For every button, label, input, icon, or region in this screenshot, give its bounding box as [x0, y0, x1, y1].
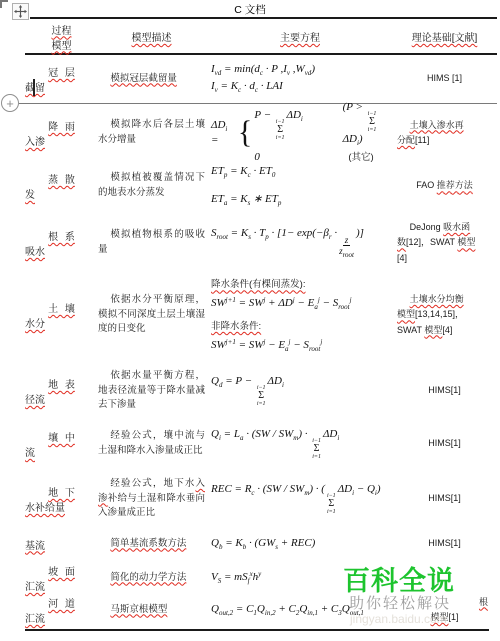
table-bottom-border [25, 629, 489, 631]
equation-cell: ETp = Kc · ET0 ETa = Ks ∗ ETp [205, 158, 395, 214]
description-cell: 模拟冠层截留量 [98, 57, 205, 101]
row-surface-runoff: 地 表 径流 依据水量平衡方程，地表径流量等于降水量减去下渗量 Qd = P −… [0, 366, 500, 416]
header-bottom-border [25, 53, 497, 55]
insert-row-button[interactable]: + [1, 94, 19, 112]
reference-cell: 土壤入渗水再 分配[11] [395, 110, 494, 156]
description-cell: 模拟降水后各层土壤水分增量 [98, 110, 205, 156]
equation: REC = Rc · (SW / SWm) · (i−1Σi=1ΔDi − Qi… [211, 483, 395, 515]
process-name-cell: 根 系 吸水 [25, 216, 98, 270]
equation-cell: ΔDi = { P − i−1Σi=1ΔDi(P > i−1Σi=1ΔDi) 0… [205, 110, 395, 156]
reference-cell: HIMS [1] [395, 57, 494, 101]
fraction: zzroot [339, 235, 354, 259]
condition-text: 非降水条件: [211, 318, 395, 332]
equation-cell: Qi = La · (SW / SWm) · i−1Σi=1ΔDi [205, 418, 395, 470]
process-name-cell: 坡 面 汇流 [25, 561, 98, 595]
description-cell: 经验公式，地下水入渗补给与土湿和降水垂向入渗量成正比 [98, 472, 205, 526]
reference-cell: FAO 推荐方法 [395, 158, 494, 214]
process-name-cell: 地 下 水补给量 [25, 472, 98, 526]
row-interflow: 壤 中 流 经验公式，壤中流与土湿和降水入渗量成正比 Qi = La · (SW… [0, 418, 500, 470]
row-soil-moisture: 土 壤 水分 依据水分平衡原理，模拟不同深度土层土壤湿度的日变化 降水条件(有棵… [0, 266, 500, 364]
reference-cell: HIMS[1] [395, 472, 494, 526]
reference-cell: HIMS[1] [395, 418, 494, 470]
equation-cell: 降水条件(有棵间蒸发): SWj+1 = SWj + ΔDj − Eaj − S… [205, 266, 395, 364]
description-cell: 马斯京根模型 [98, 592, 205, 628]
description-cell: 依据水量平衡方程，地表径流量等于降水量减去下渗量 [98, 366, 205, 416]
page-title: C 文档 [0, 2, 500, 17]
description-cell: 模拟植被覆盖情况下的地表水分蒸发 [98, 158, 205, 214]
row-canopy-interception: 冠 层 截留 模拟冠层截留量 Ivd = min(dc · P ,Iv ,Wvd… [0, 57, 500, 101]
header-main-equations: 主要方程 [205, 20, 395, 53]
process-name-cell: 土 壤 水分 [25, 266, 98, 364]
process-name-cell: 壤 中 流 [25, 418, 98, 470]
equation: Qb = Kb · (GWs + REC) [211, 537, 395, 552]
equation-cell: REC = Rc · (SW / SWm) · (i−1Σi=1ΔDi − Qi… [205, 472, 395, 526]
equation-cell: Sroot = Ks · Tp · [1− exp(−βr ·zzroot)] [205, 216, 395, 270]
piecewise-equation: ΔDi = { P − i−1Σi=1ΔDi(P > i−1Σi=1ΔDi) 0… [211, 101, 395, 165]
equation: SWj+1 = SWj + ΔDj − Eaj − Srootj [211, 296, 395, 312]
equation: SWj+1 = SWj − Eaj − Srootj [211, 338, 395, 354]
equation: Qi = La · (SW / SWm) · i−1Σi=1ΔDi [211, 428, 395, 460]
row-rain-infiltration: 降 雨 入渗 模拟降水后各层土壤水分增量 ΔDi = { P − i−1Σi=1… [0, 110, 500, 156]
process-name-cell: 基流 [25, 528, 98, 560]
equation-cell: Qb = Kb · (GWs + REC) [205, 528, 395, 560]
equation: Sroot = Ks · Tp · [1− exp(−βr ·zzroot)] [211, 227, 395, 259]
description-cell: 简单基流系数方法 [98, 528, 205, 560]
process-name-cell: 蒸 散 发 [25, 158, 98, 214]
reference-cell: 土壤水分均衡 模型[13,14,15]， SWAT 模型[4] [395, 266, 494, 364]
equation: Iv = Kc · dc · LAI [211, 80, 395, 95]
brace: { [238, 117, 252, 149]
table-header-row: 过程 模型 模型描述 主要方程 理论基础[文献] [0, 20, 500, 53]
description-cell: 简化的动力学方法 [98, 561, 205, 595]
process-name-cell: 降 雨 入渗 [25, 110, 98, 156]
row-baseflow: 基流 简单基流系数方法 Qb = Kb · (GWs + REC) HIMS[1… [0, 528, 500, 560]
description-cell: 模拟植物根系的吸收量 [98, 216, 205, 270]
row-groundwater-recharge: 地 下 水补给量 经验公式，地下水入渗补给与土湿和降水垂向入渗量成正比 REC … [0, 472, 500, 526]
description-cell: 经验公式，壤中流与土湿和降水入渗量成正比 [98, 418, 205, 470]
equation: ETp = Kc · ET0 [211, 165, 395, 180]
row-root-water-uptake: 根 系 吸水 模拟植物根系的吸收量 Sroot = Ks · Tp · [1− … [0, 216, 500, 270]
header-model-description: 模型描述 [98, 20, 205, 53]
reference-cell: HIMS[1] [395, 528, 494, 560]
equation-cell: Ivd = min(dc · P ,Iv ,Wvd) Iv = Kc · dc … [205, 57, 395, 101]
process-name-cell: 河 道 汇流 [25, 592, 98, 628]
description-cell: 依据水分平衡原理，模拟不同深度土层土壤湿度的日变化 [98, 266, 205, 364]
table-top-border [30, 17, 497, 19]
process-name-cell: 冠 层 截留 [25, 57, 98, 101]
equation-cell: Qd = P − i−1Σi=1ΔDi [205, 366, 395, 416]
header-process-model: 过程 模型 [25, 20, 98, 53]
reference-cell: DeJong 吸水函 数[12]，SWAT 模型 [4] [395, 216, 494, 270]
header-theoretical-basis: 理论基础[文献] [395, 20, 494, 53]
text-caret [33, 79, 35, 96]
equation: Qd = P − i−1Σi=1ΔDi [211, 375, 395, 407]
plus-icon: + [6, 97, 14, 110]
equation: Ivd = min(dc · P ,Iv ,Wvd) [211, 63, 395, 78]
watermark-subtitle: 助你轻松解决 [349, 592, 451, 613]
condition-text: 降水条件(有棵间蒸发): [211, 276, 395, 290]
watermark-url: jingyan.baidu.com [350, 612, 447, 626]
process-name-cell: 地 表 径流 [25, 366, 98, 416]
equation: ETa = Ks ∗ ETp [211, 193, 395, 208]
reference-cell: HIMS[1] [395, 366, 494, 416]
row-evapotranspiration: 蒸 散 发 模拟植被覆盖情况下的地表水分蒸发 ETp = Kc · ET0 ET… [0, 158, 500, 214]
